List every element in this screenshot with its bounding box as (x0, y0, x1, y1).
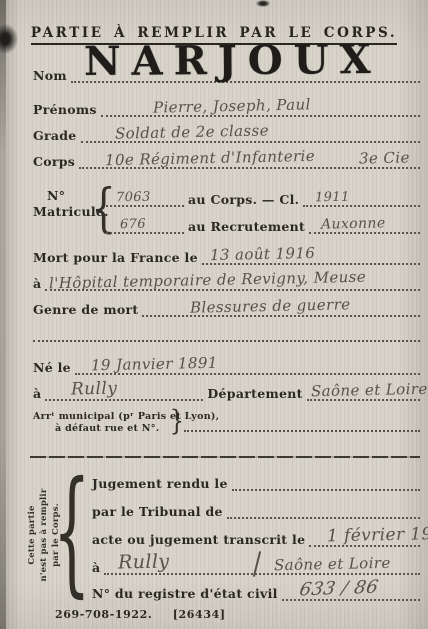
registre-value: 633 / 86 (298, 577, 380, 601)
transcrit-label: acte ou jugement transcrit le (92, 532, 305, 547)
jugement-label: Jugement rendu le (92, 476, 228, 491)
genre-mort-line: Blessures de guerre (142, 300, 420, 317)
transcrit-row: acte ou jugement transcrit le 1 février … (92, 530, 420, 547)
lieu-mort-row: à l'Hôpital temporaire de Revigny, Meuse (33, 274, 420, 291)
arr-label-line1: Arrᵗ municipal (pʳ Paris et Lyon), (33, 411, 219, 422)
separator-stroke (253, 551, 261, 577)
mort-label: Mort pour la France le (33, 250, 198, 265)
nom-label: Nom (33, 68, 67, 83)
corps-line: 10e Régiment d'Infanterie 3e Cie (79, 152, 420, 169)
corps-company-value: 3e Cie (359, 148, 410, 167)
tribunal-label: par le Tribunal de (92, 504, 223, 519)
transcrit-a-line: Rully Saône et Loire (104, 558, 420, 575)
batch-number: [26434] (173, 608, 226, 621)
footer-print-reference: 269-708-1922. [26434] (55, 608, 242, 621)
ne-le-label: Né le (33, 360, 71, 375)
death-record-form: PARTIE À REMPLIR PAR LE CORPS. NARJOUX N… (0, 0, 428, 629)
matricule-recrutement-row: 676 au Recrutement Auxonne (106, 217, 420, 234)
registre-label: N° du registre d'état civil (92, 586, 278, 601)
sidenote-line2: n'est pas à remplir (38, 467, 50, 603)
section-separator-dotted (33, 340, 420, 342)
registre-row: N° du registre d'état civil 633 / 86 (92, 584, 420, 601)
corps-value: 10e Régiment d'Infanterie (105, 147, 315, 169)
transcrit-dept-value: Saône et Loire (274, 554, 391, 574)
departement-value: Saône et Loire (311, 380, 428, 400)
mort-date-value: 13 août 1916 (210, 244, 316, 264)
matricule-corps-value: 7063 (116, 190, 151, 206)
lieu-mort-line: l'Hôpital temporaire de Revigny, Meuse (45, 274, 420, 291)
transcrit-a-row: à Rully Saône et Loire (92, 558, 420, 575)
grade-label: Grade (33, 128, 77, 143)
prenoms-value: Pierre, Joseph, Paul (153, 95, 311, 116)
transcrit-a-label: à (92, 560, 100, 575)
matricule-recrutement-value: 676 (120, 217, 146, 233)
matricule-recrutement-place-line: Auxonne (309, 217, 420, 234)
jugement-line (232, 474, 420, 491)
arr-line (184, 430, 420, 432)
mort-line: 13 août 1916 (202, 248, 420, 265)
genre-mort-row: Genre de mort Blessures de guerre (33, 300, 420, 317)
matricule-corps-row: 7063 au Corps. — Cl. 1911 (106, 190, 420, 207)
surname-stamp: NARJOUX (84, 39, 382, 83)
mort-row: Mort pour la France le 13 août 1916 (33, 248, 420, 265)
matricule-recrutement-line: 676 (106, 217, 184, 234)
matricule-classe-value: 1911 (315, 190, 350, 206)
lieu-mort-value: l'Hôpital temporaire de Revigny, Meuse (49, 268, 366, 293)
transcrit-line: 1 février 1917 (309, 530, 420, 547)
birth-date-value: 19 Janvier 1891 (91, 354, 218, 375)
corps-row: Corps 10e Régiment d'Infanterie 3e Cie (33, 152, 420, 169)
matricule-recrutement-label: au Recrutement (188, 219, 305, 234)
arr-label-line2: à défaut rue et N°. (55, 423, 159, 434)
lieu-mort-label: à (33, 276, 41, 291)
scan-mark-top-center (256, 0, 270, 7)
prenoms-row: Prénoms Pierre, Joseph, Paul (33, 100, 420, 117)
corps-label: Corps (33, 154, 75, 169)
arr-brace: } (170, 407, 184, 435)
bottom-section-brace: { (53, 463, 91, 599)
registre-line: 633 / 86 (282, 584, 420, 601)
genre-mort-label: Genre de mort (33, 302, 138, 317)
genre-mort-value: Blessures de guerre (190, 295, 351, 316)
birth-place-value: Rully (71, 379, 118, 400)
ne-a-line: Rully (45, 384, 203, 401)
grade-row: Grade Soldat de 2e classe (33, 126, 420, 143)
grade-line: Soldat de 2e classe (81, 126, 420, 143)
transcrit-place-value: Rully (118, 550, 170, 573)
matricule-corps-label: au Corps. — Cl. (188, 192, 299, 207)
print-ref: 269-708-1922. (55, 608, 152, 621)
matricule-recrutement-place: Auxonne (321, 215, 386, 232)
ne-le-row: Né le 19 Janvier 1891 (33, 358, 420, 375)
scan-streak-left-edge (0, 0, 6, 629)
departement-line: Saône et Loire (307, 384, 420, 401)
ne-a-label: à (33, 386, 41, 401)
matricule-corps-line: 7063 (106, 190, 184, 207)
transcrit-date-value: 1 février 1917 (327, 524, 428, 547)
sidenote-line1: Cette partie (26, 467, 38, 603)
matricule-label-line1: N° (47, 188, 65, 203)
matricule-classe-line: 1911 (303, 190, 420, 207)
ne-a-row: à Rully Département Saône et Loire (33, 384, 420, 401)
ne-le-line: 19 Janvier 1891 (75, 358, 420, 375)
tribunal-line (227, 502, 420, 519)
prenoms-label: Prénoms (33, 102, 97, 117)
prenoms-line: Pierre, Joseph, Paul (101, 100, 420, 117)
tribunal-row: par le Tribunal de (92, 502, 420, 519)
jugement-row: Jugement rendu le (92, 474, 420, 491)
departement-label: Département (207, 386, 302, 401)
grade-value: Soldat de 2e classe (114, 121, 268, 142)
